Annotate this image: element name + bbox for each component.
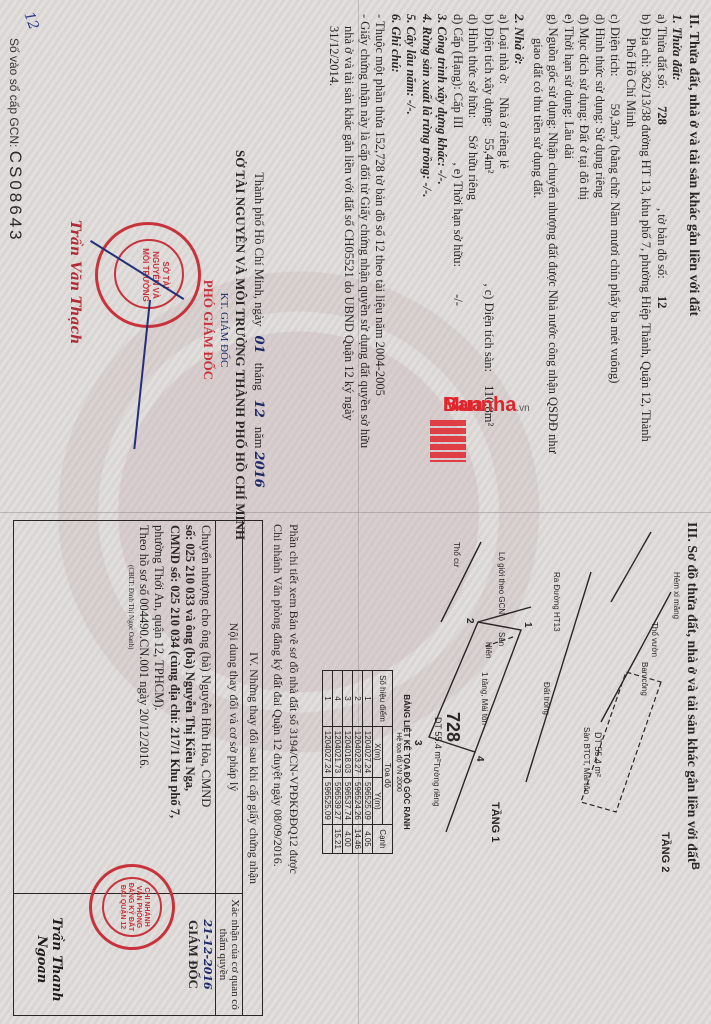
note-2: - Giấy chứng nhận này là cấp đổi từ Giấy…	[357, 14, 373, 504]
note-3: nhà ở và tài sản khác gắn liền với đất s…	[341, 14, 357, 504]
land-heading: 1. Thửa đất:	[669, 14, 685, 504]
house-heading: 2. Nhà ở:	[512, 14, 528, 504]
label-floor1-desc: 1 tầng, Mái tôn	[480, 672, 489, 725]
label-alley: Hẻm xi măng	[672, 572, 681, 619]
north-arrow-label: B	[689, 862, 701, 870]
note-1: - Thuộc một phần thửa 152,728 tờ bản đồ …	[372, 14, 388, 504]
issuing-agency: SỞ TÀI NGUYÊN VÀ MÔI TRƯỜNG THÀNH PHỐ HỒ…	[233, 150, 249, 510]
coordinate-table: Số hiệu điểm Tọa độ Cạnh X(m) Y(m) 11204…	[322, 670, 393, 854]
coord-row: 11204027.24596525.09	[323, 671, 333, 854]
label-dt-floor1: DT 55.4 m²	[433, 717, 443, 762]
coordinate-table-block: BẢNG LIỆT KÊ TỌA ĐỘ GÓC RANH Hệ tọa độ V…	[322, 662, 411, 862]
house-type-line: a) Loại nhà ở: Nhà ở riêng lẻ	[496, 14, 512, 504]
changes-col-content: Nội dung thay đổi và cơ sở pháp lý	[216, 521, 243, 894]
section-3-panel: III. Sơ đồ thửa đất, nhà ở và tài sản kh…	[0, 512, 711, 1024]
label-yard: Sân	[497, 632, 506, 646]
coord-table-title: BẢNG LIỆT KÊ TỌA ĐỘ GÓC RANH	[402, 662, 411, 862]
confirm-signer: Trần Thanh Ngoan	[34, 904, 64, 1015]
land-certificate-page: II. Thửa đất, nhà ở và tài sản khác gắn …	[0, 0, 711, 1024]
coord-row: 31204018.03596537.744.00	[343, 671, 353, 854]
clerk-note: (CBLT: Đinh Thị Ngọc Oanh)	[128, 525, 136, 889]
label-parcel-number: 728	[442, 712, 463, 742]
use-form-line: d) Hình thức sử dụng: Sử dụng riêng	[592, 14, 608, 504]
section-2-title: II. Thửa đất, nhà ở và tài sản khác gắn …	[685, 14, 701, 504]
label-boundary: Lộ giới theo GCN	[497, 552, 506, 614]
watermark-building-icon	[430, 420, 466, 462]
built-area-line: b) Diện tích xây dựng: 55,4m², c) Diện t…	[481, 14, 497, 504]
detail-note-2: Chi nhánh Văn phòng đăng ký đất đai Quận…	[270, 524, 286, 867]
handwritten-mark: 12	[20, 10, 41, 32]
issuance-block: Thành phố Hồ Chí Minh, ngày 01 tháng 12 …	[201, 150, 267, 510]
coord-row: 11204027.24596525.094.05	[363, 671, 373, 854]
deputy-director: PHÓ GIÁM ĐỐC	[201, 150, 217, 510]
label-shared-wall: Tường riêng	[432, 762, 441, 806]
map-number: 12	[655, 296, 669, 309]
branch-stamp: CHI NHÁNH VĂN PHÒNG ĐĂNG KÝ ĐẤT ĐAI QUẬN…	[89, 864, 175, 950]
address-line: b) Địa chỉ: 362/13/38 đường HT 13, khu p…	[638, 14, 654, 504]
term-line: e) Thời hạn sử dụng: Lâu dài	[561, 14, 577, 504]
origin-line: g) Nguồn gốc sử dụng: Nhận chuyển nhượng…	[545, 14, 561, 504]
label-balcony: Ban công	[640, 662, 649, 696]
confirm-date: 21-12-2016	[201, 895, 214, 1014]
parcel-line: a) Thửa đất số: 728 , tờ bản đồ số: 12	[654, 14, 670, 504]
issue-date: Thành phố Hồ Chí Minh, ngày 01 tháng 12 …	[251, 150, 267, 510]
ownership-line: d) Hình thức sở hữu: Sở hữu riêng	[465, 14, 481, 504]
label-residential: Thổ cư	[452, 542, 461, 567]
changes-table: IV. Những thay đổi sau khi cấp giấy chứn…	[13, 520, 263, 1016]
coord-row: 21204023.27596524.2614.46	[353, 671, 363, 854]
section-4-title: IV. Những thay đổi sau khi cấp giấy chứn…	[243, 521, 263, 1016]
parcel-number: 728	[655, 106, 669, 125]
coord-table-subtitle: Hệ tọa độ VN 2000	[395, 662, 402, 862]
changes-confirm-cell: 21-12-2016 GIÁM ĐỐC CHI NHÁNH VĂN PHÒNG …	[14, 894, 216, 1016]
label-floor1: TẦNG 1	[489, 802, 501, 842]
purpose-line: đ) Mục đích sử dụng: Đất ở tại đô thị	[576, 14, 592, 504]
kt-director: KT. GIÁM ĐỐC	[219, 150, 231, 510]
changes-entry: Chuyển nhượng cho ông (bà) Nguyễn Hữu Hò…	[14, 521, 216, 894]
label-vacant: Đất trống	[542, 682, 551, 715]
changes-col-confirm: Xác nhận của cơ quan có thẩm quyền	[216, 894, 243, 1016]
perennial: 5. Cây lâu năm: -/-.	[403, 14, 419, 504]
label-dt-floor2: DT 55.4 m²	[593, 732, 603, 777]
confirm-title: GIÁM ĐỐC	[185, 895, 201, 1014]
note-4: 31/12/2014.	[326, 14, 342, 504]
coord-row: 41204021.73596539.2715.21	[333, 671, 343, 854]
corner-3: 3	[412, 740, 423, 746]
notes-heading: 6. Ghi chú:	[388, 14, 404, 504]
register-number: Số vào sổ cấp GCN: CS08643	[5, 38, 25, 243]
corner-4: 4	[474, 756, 485, 762]
label-road: Ra Đường HT13	[552, 572, 561, 632]
label-floor2: TẦNG 2	[659, 832, 671, 872]
label-garden: Thổ vườn	[650, 622, 659, 657]
corner-2: 2	[464, 618, 475, 624]
section-2-panel: II. Thửa đất, nhà ở và tài sản khác gắn …	[0, 0, 711, 512]
corner-1: 1	[522, 622, 533, 628]
label-floor2-desc: Sàn BTCT, Mái tôn	[582, 727, 591, 794]
area-line: c) Diện tích: 59,3m², (bằng chữ: Năm mươ…	[607, 14, 623, 504]
detail-note-1: Phần chi tiết xem Bản vẽ sơ đồ nhà đất s…	[286, 524, 302, 874]
label-porch: Hiên	[484, 642, 493, 658]
signer-name: Trần Văn Thạch	[67, 220, 83, 344]
